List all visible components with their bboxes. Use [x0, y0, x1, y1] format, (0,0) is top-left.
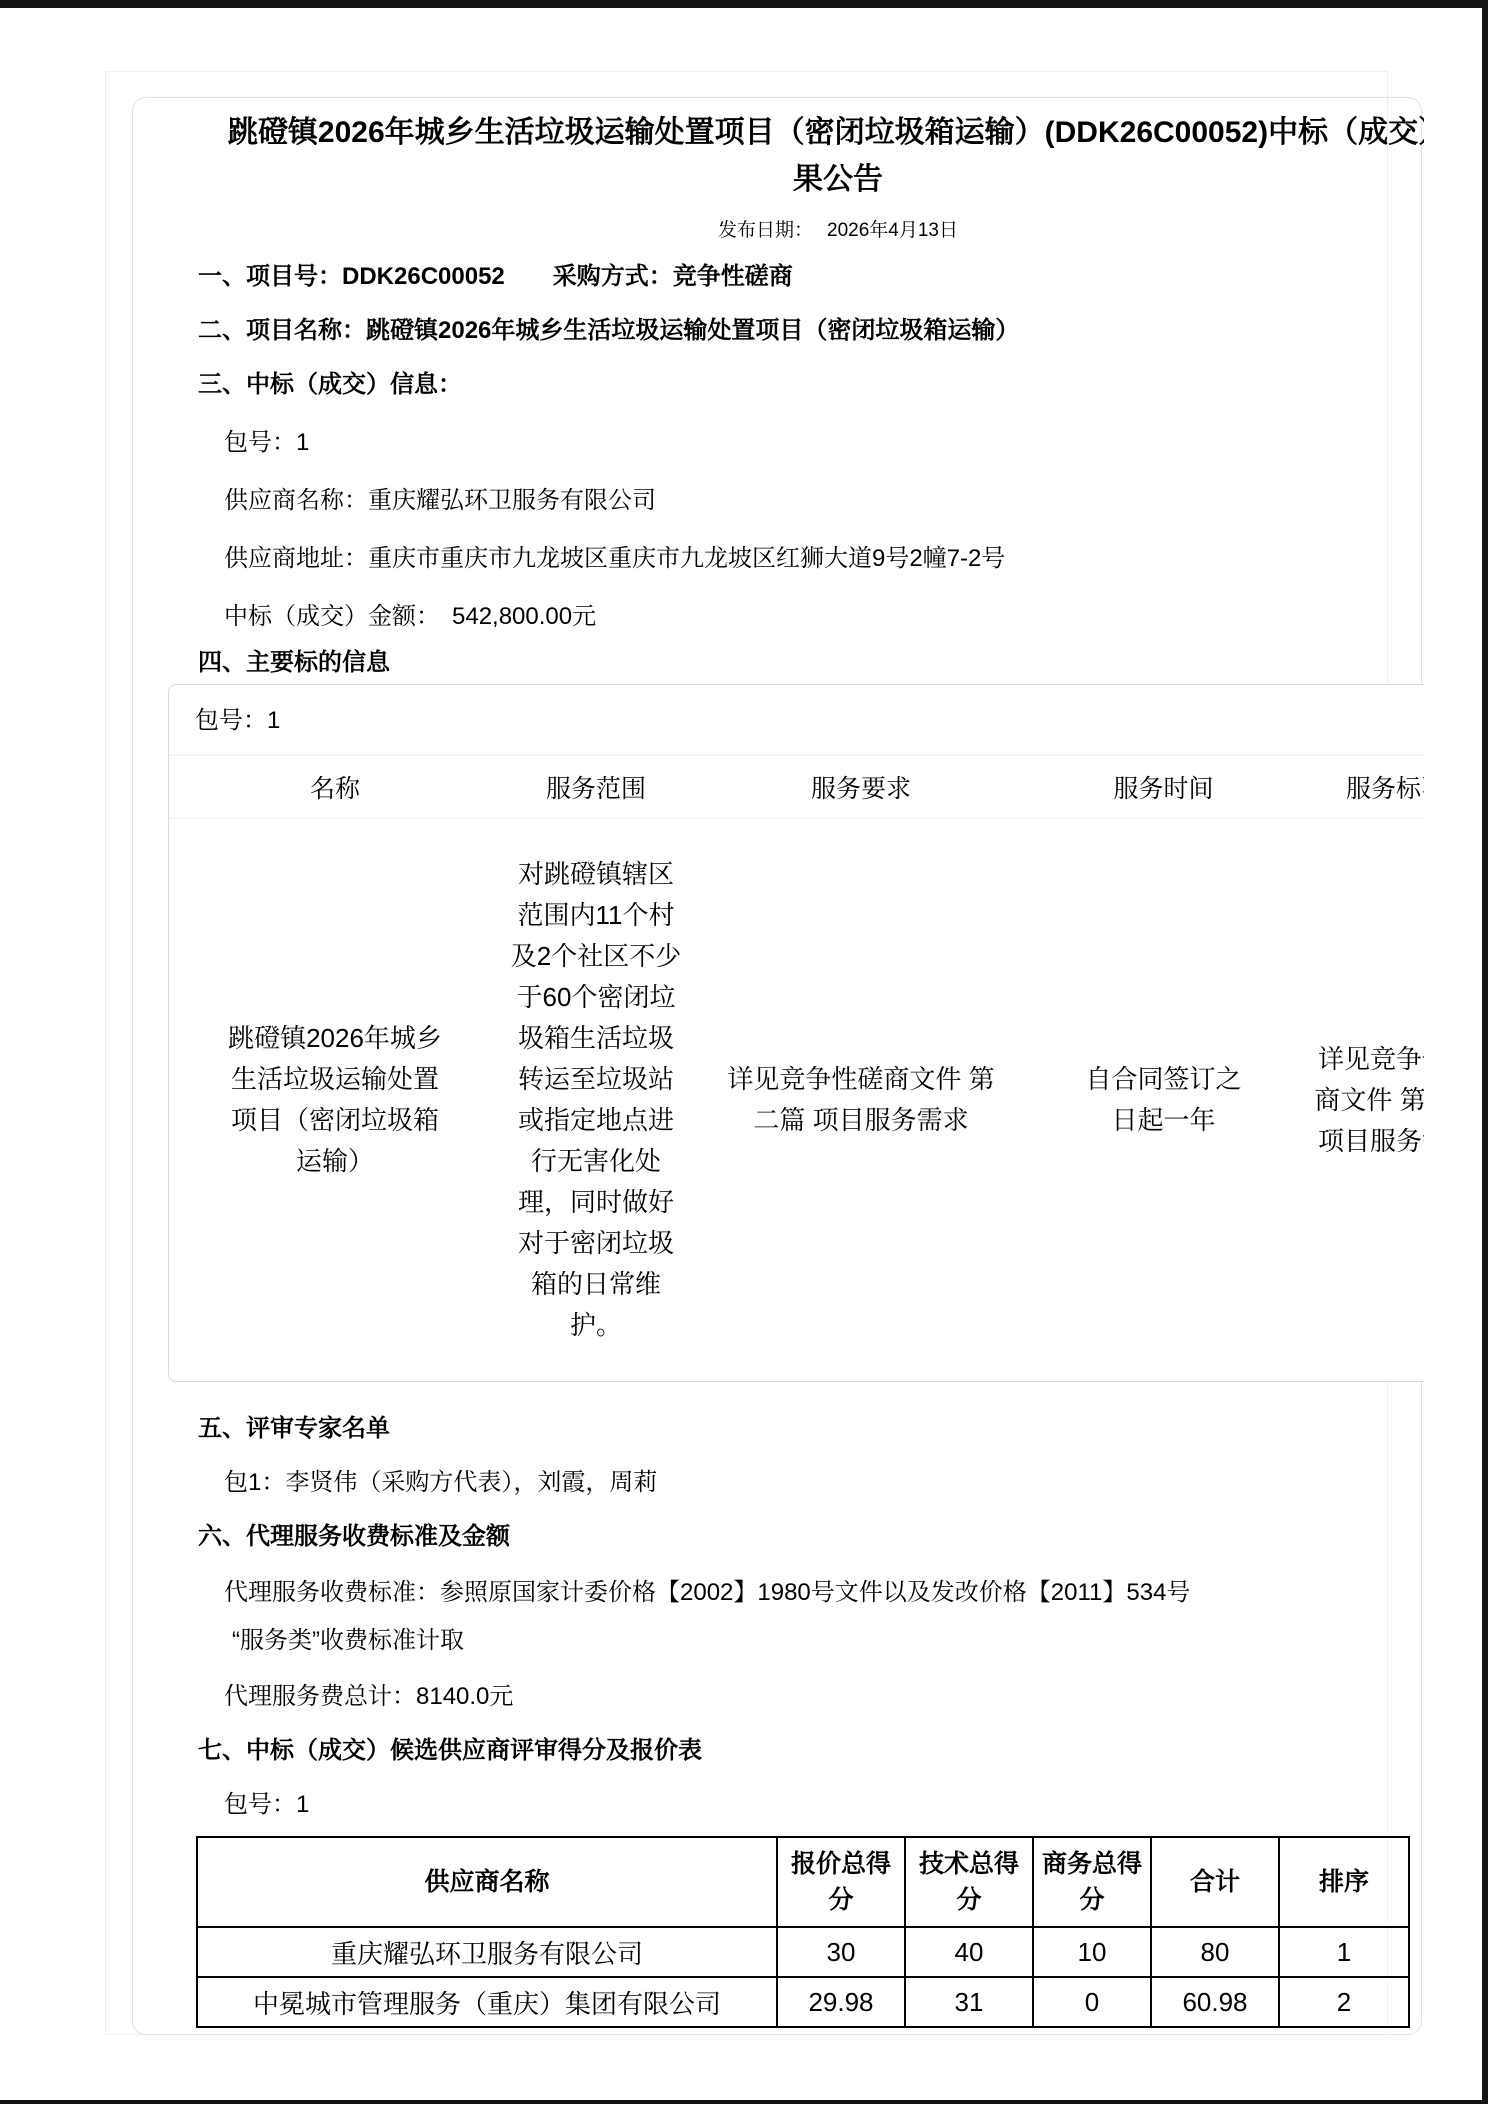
publish-date-label: 发布日期： — [718, 220, 813, 241]
page-title-line1: 跳磴镇2026年城乡生活垃圾运输处置项目（密闭垃圾箱运输）(DDK26C0005… — [148, 109, 1424, 156]
score-table-row-2: 中冕城市管理服务（重庆）集团有限公司 29.98 31 0 60.98 2 — [197, 1977, 1409, 2027]
supplier-1-name: 重庆耀弘环卫服务有限公司 — [197, 1927, 777, 1977]
score-col-supplier: 供应商名称 — [197, 1837, 777, 1927]
supplier-name-line: 供应商名称：重庆耀弘环卫服务有限公司 — [224, 484, 1424, 518]
supplier-2-rank: 2 — [1279, 1977, 1409, 2027]
subject-lot-label: 包号：1 — [169, 685, 1424, 756]
supplier-2-tech-score: 31 — [905, 1977, 1033, 2027]
score-table-row-1: 重庆耀弘环卫服务有限公司 30 40 10 80 1 — [197, 1927, 1409, 1977]
cell-subject-name: 跳磴镇2026年城乡生活垃圾运输处置项目（密闭垃圾箱运输） — [169, 819, 501, 1382]
score-table-header-row: 供应商名称 报价总得分 技术总得分 商务总得分 合计 排序 — [197, 1837, 1409, 1927]
award-amount-line: 中标（成交）金额： 542,800.00元 — [224, 600, 1424, 634]
supplier-address-line: 供应商地址：重庆市重庆市九龙坡区重庆市九龙坡区红狮大道9号2幢7-2号 — [224, 542, 1424, 576]
page-title-line2: 果公告 — [148, 156, 1424, 203]
section-heading-project-no: 一、项目号：DDK26C00052 采购方式：竞争性磋商 — [198, 260, 1424, 294]
lot-no-line: 包号：1 — [224, 426, 1424, 460]
supplier-1-tech-score: 40 — [905, 1927, 1033, 1977]
section-heading-subject-info: 四、主要标的信息 — [198, 646, 1424, 680]
supplier-2-price-score: 29.98 — [777, 1977, 905, 2027]
supplier-1-rank: 1 — [1279, 1927, 1409, 1977]
supplier-1-total-score: 80 — [1151, 1927, 1279, 1977]
cell-service-requirement: 详见竞争性磋商文件 第二篇 项目服务需求 — [691, 819, 1031, 1382]
subject-table-row: 跳磴镇2026年城乡生活垃圾运输处置项目（密闭垃圾箱运输） 对跳磴镇辖区范围内1… — [169, 819, 1424, 1382]
section-heading-agency-fee: 六、代理服务收费标准及金额 — [198, 1520, 1424, 1554]
announcement-document: 跳磴镇2026年城乡生活垃圾运输处置项目（密闭垃圾箱运输）(DDK26C0005… — [148, 97, 1424, 2028]
agency-fee-standard-line1: 代理服务收费标准：参照原国家计委价格【2002】1980号文件以及发改价格【20… — [224, 1576, 1424, 1610]
score-col-tech: 技术总得分 — [905, 1837, 1033, 1927]
cell-service-standard: 详见竞争性磋商文件 第二篇 项目服务需求 — [1296, 819, 1424, 1382]
section-heading-experts: 五、评审专家名单 — [198, 1412, 1424, 1446]
col-header-name: 名称 — [169, 756, 501, 819]
page-title: 跳磴镇2026年城乡生活垃圾运输处置项目（密闭垃圾箱运输）(DDK26C0005… — [148, 109, 1424, 203]
supplier-2-name: 中冕城市管理服务（重庆）集团有限公司 — [197, 1977, 777, 2027]
subject-table-header-row: 名称 服务范围 服务要求 服务时间 服务标准 — [169, 756, 1424, 819]
agency-fee-standard-line2: “服务类”收费标准计取 — [232, 1624, 1424, 1658]
score-col-business: 商务总得分 — [1033, 1837, 1151, 1927]
col-header-requirement: 服务要求 — [691, 756, 1031, 819]
score-col-rank: 排序 — [1279, 1837, 1409, 1927]
document-viewport: 跳磴镇2026年城乡生活垃圾运输处置项目（密闭垃圾箱运输）(DDK26C0005… — [0, 0, 1424, 2104]
score-col-total: 合计 — [1151, 1837, 1279, 1927]
cell-service-time: 自合同签订之日起一年 — [1031, 819, 1296, 1382]
window-bottom-edge — [0, 2100, 1488, 2104]
supplier-2-business-score: 0 — [1033, 1977, 1151, 2027]
window-top-edge — [0, 0, 1488, 8]
subject-info-box: 包号：1 名称 服务范围 服务要求 服务时间 服务标准 跳磴镇2026年城乡生活… — [168, 684, 1424, 1382]
publish-date-value: 2026年4月13日 — [827, 220, 958, 241]
agency-fee-total-line: 代理服务费总计：8140.0元 — [224, 1680, 1424, 1714]
supplier-1-business-score: 10 — [1033, 1927, 1151, 1977]
supplier-2-total-score: 60.98 — [1151, 1977, 1279, 2027]
score-lot-label: 包号：1 — [224, 1788, 1424, 1822]
score-table: 供应商名称 报价总得分 技术总得分 商务总得分 合计 排序 重庆耀弘环卫服务有限… — [196, 1836, 1410, 2028]
section-heading-award-info: 三、中标（成交）信息： — [198, 368, 1424, 402]
cell-service-scope: 对跳磴镇辖区范围内11个村及2个社区不少于60个密闭垃圾箱生活垃圾转运至垃圾站或… — [501, 819, 691, 1382]
experts-list-line: 包1：李贤伟（采购方代表），刘霞，周莉 — [224, 1466, 1424, 1500]
col-header-standard: 服务标准 — [1296, 756, 1424, 819]
subject-info-table: 名称 服务范围 服务要求 服务时间 服务标准 跳磴镇2026年城乡生活垃圾运输处… — [169, 756, 1424, 1381]
window-right-edge — [1482, 0, 1488, 2104]
supplier-1-price-score: 30 — [777, 1927, 905, 1977]
section-heading-project-name: 二、项目名称：跳磴镇2026年城乡生活垃圾运输处置项目（密闭垃圾箱运输） — [198, 314, 1424, 348]
score-col-price: 报价总得分 — [777, 1837, 905, 1927]
col-header-time: 服务时间 — [1031, 756, 1296, 819]
publish-date: 发布日期：2026年4月13日 — [148, 219, 1424, 242]
section-heading-score-table: 七、中标（成交）候选供应商评审得分及报价表 — [198, 1734, 1424, 1768]
col-header-scope: 服务范围 — [501, 756, 691, 819]
